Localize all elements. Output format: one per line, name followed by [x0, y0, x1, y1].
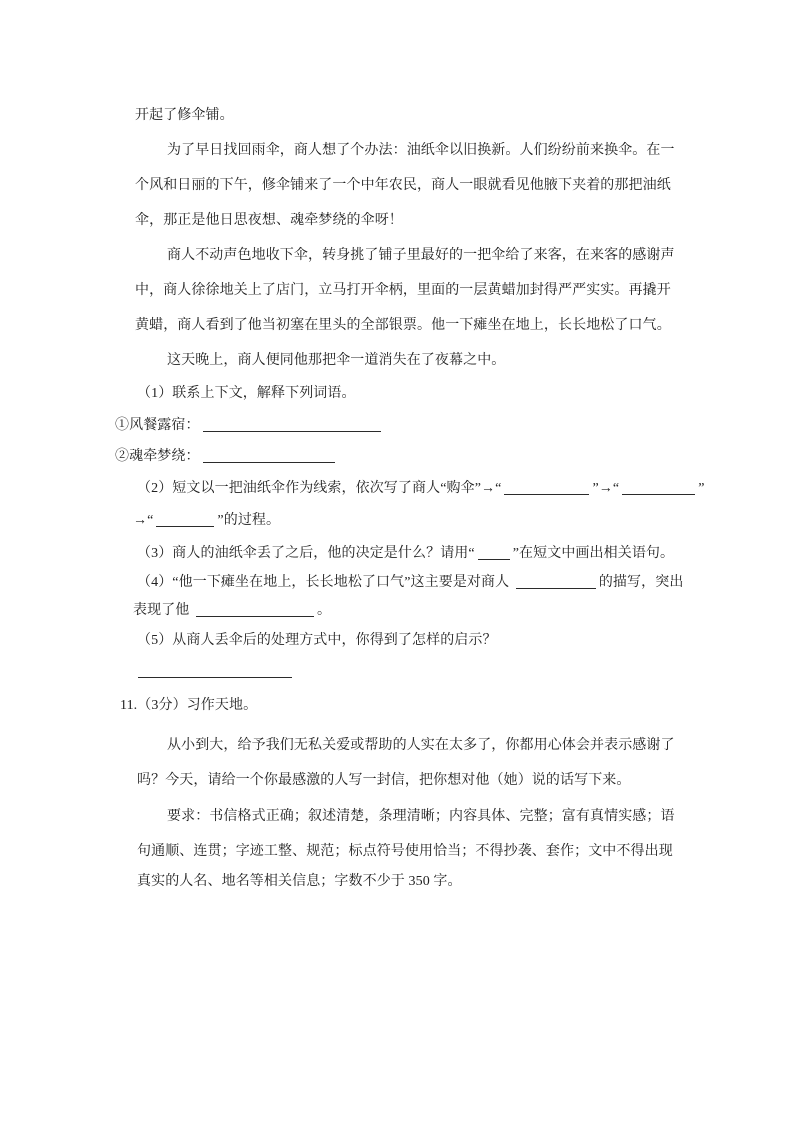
question-2-blank-2 [622, 481, 695, 495]
question-2-blank-3 [156, 513, 214, 527]
question-11-line-1: 从小到大，给予我们无私关爱或帮助的人实在太多了，你都用心体会并表示感谢了 [167, 737, 675, 754]
question-4-text-a: （4）“他一下瘫坐在地上，长长地松了口气”这主要是对商人 [137, 575, 513, 590]
passage-line-1: 开起了修伞铺。 [135, 107, 234, 124]
question-1-item-2-answer-line [203, 449, 335, 463]
passage-line-5: 商人不动声色地收下伞，转身挑了铺子里最好的一把伞给了来客，在来客的感谢声 [167, 247, 675, 264]
passage-line-8: 这天晚上，商人便同他那把伞一道消失在了夜幕之中。 [167, 352, 505, 369]
passage-line-7: 黄蜡，商人看到了他当初塞在里头的全部银票。他一下瘫坐在地上，长长地松了口气。 [135, 317, 671, 334]
question-2-text-c: ” [698, 481, 704, 496]
question-2-blank-1 [504, 481, 589, 495]
question-3-text-a: （3）商人的油纸伞丢了之后，他的决定是什么？请用“ [137, 546, 475, 561]
question-4-text-d: 。 [317, 603, 331, 618]
question-3-blank [478, 546, 510, 560]
question-2-line-2: →“”的过程。 [133, 512, 280, 529]
question-4-line-2: 表现了他 。 [133, 602, 331, 619]
question-1-label: （1）联系上下文，解释下列词语。 [137, 385, 356, 402]
question-5-label: （5）从商人丢伞后的处理方式中，你得到了怎样的启示？ [137, 632, 497, 649]
question-2-line-1: （2）短文以一把油纸伞作为线索，依次写了商人“购伞”→“”→“” [137, 480, 705, 497]
question-1-item-1: ①风餐露宿： [115, 417, 384, 434]
exam-document-page: 开起了修伞铺。 为了早日找回雨伞，商人想了个办法：油纸伞以旧换新。人们纷纷前来换… [0, 0, 793, 1122]
question-1-item-1-answer-line [203, 418, 381, 432]
question-11-line-3: 要求：书信格式正确；叙述清楚，条理清晰；内容具体、完整；富有真情实感；语 [167, 808, 675, 825]
question-11-line-4: 句通顺、连贯；字迹工整、规范；标点符号使用恰当；不得抄袭、套作；文中不得出现 [137, 843, 673, 860]
question-1-item-1-label: ①风餐露宿： [115, 418, 200, 433]
question-2-text-d: →“ [133, 513, 153, 528]
question-2-text-a: （2）短文以一把油纸伞作为线索，依次写了商人“购伞”→“ [137, 481, 501, 496]
passage-line-4: 伞，那正是他日思夜想、魂牵梦绕的伞呀！ [135, 212, 403, 229]
question-5-answer-line [138, 664, 292, 678]
question-1-item-2: ②魂牵梦绕： [115, 448, 338, 465]
question-4-text-c: 表现了他 [133, 603, 193, 618]
question-2-text-e: ”的过程。 [217, 513, 280, 528]
question-4-text-b: 的描写，突出 [599, 575, 684, 590]
passage-line-6: 中，商人徐徐地关上了店门，立马打开伞柄，里面的一层黄蜡加封得严严实实。再撬开 [135, 282, 671, 299]
question-4-blank-2 [196, 603, 314, 617]
question-1-item-2-label: ②魂牵梦绕： [115, 449, 200, 464]
question-3-line: （3）商人的油纸伞丢了之后，他的决定是什么？请用“”在短文中画出相关语句。 [137, 545, 674, 562]
question-4-blank-1 [516, 575, 596, 589]
question-4-line-1: （4）“他一下瘫坐在地上，长长地松了口气”这主要是对商人 的描写，突出 [137, 574, 683, 591]
question-11-heading: 11.（3分）习作天地。 [120, 697, 257, 714]
question-2-text-b: ”→“ [592, 481, 619, 496]
question-3-text-b: ”在短文中画出相关语句。 [513, 546, 674, 561]
passage-line-2: 为了早日找回雨伞，商人想了个办法：油纸伞以旧换新。人们纷纷前来换伞。在一 [167, 142, 675, 159]
question-11-line-2: 吗？今天，请给一个你最感激的人写一封信，把你想对他（她）说的话写下来。 [137, 772, 631, 789]
question-5-answer [135, 663, 295, 680]
passage-line-3: 个风和日丽的下午，修伞铺来了一个中年农民，商人一眼就看见他腋下夹着的那把油纸 [135, 177, 671, 194]
question-11-line-5: 真实的人名、地名等相关信息；字数不少于 350 字。 [137, 873, 462, 890]
